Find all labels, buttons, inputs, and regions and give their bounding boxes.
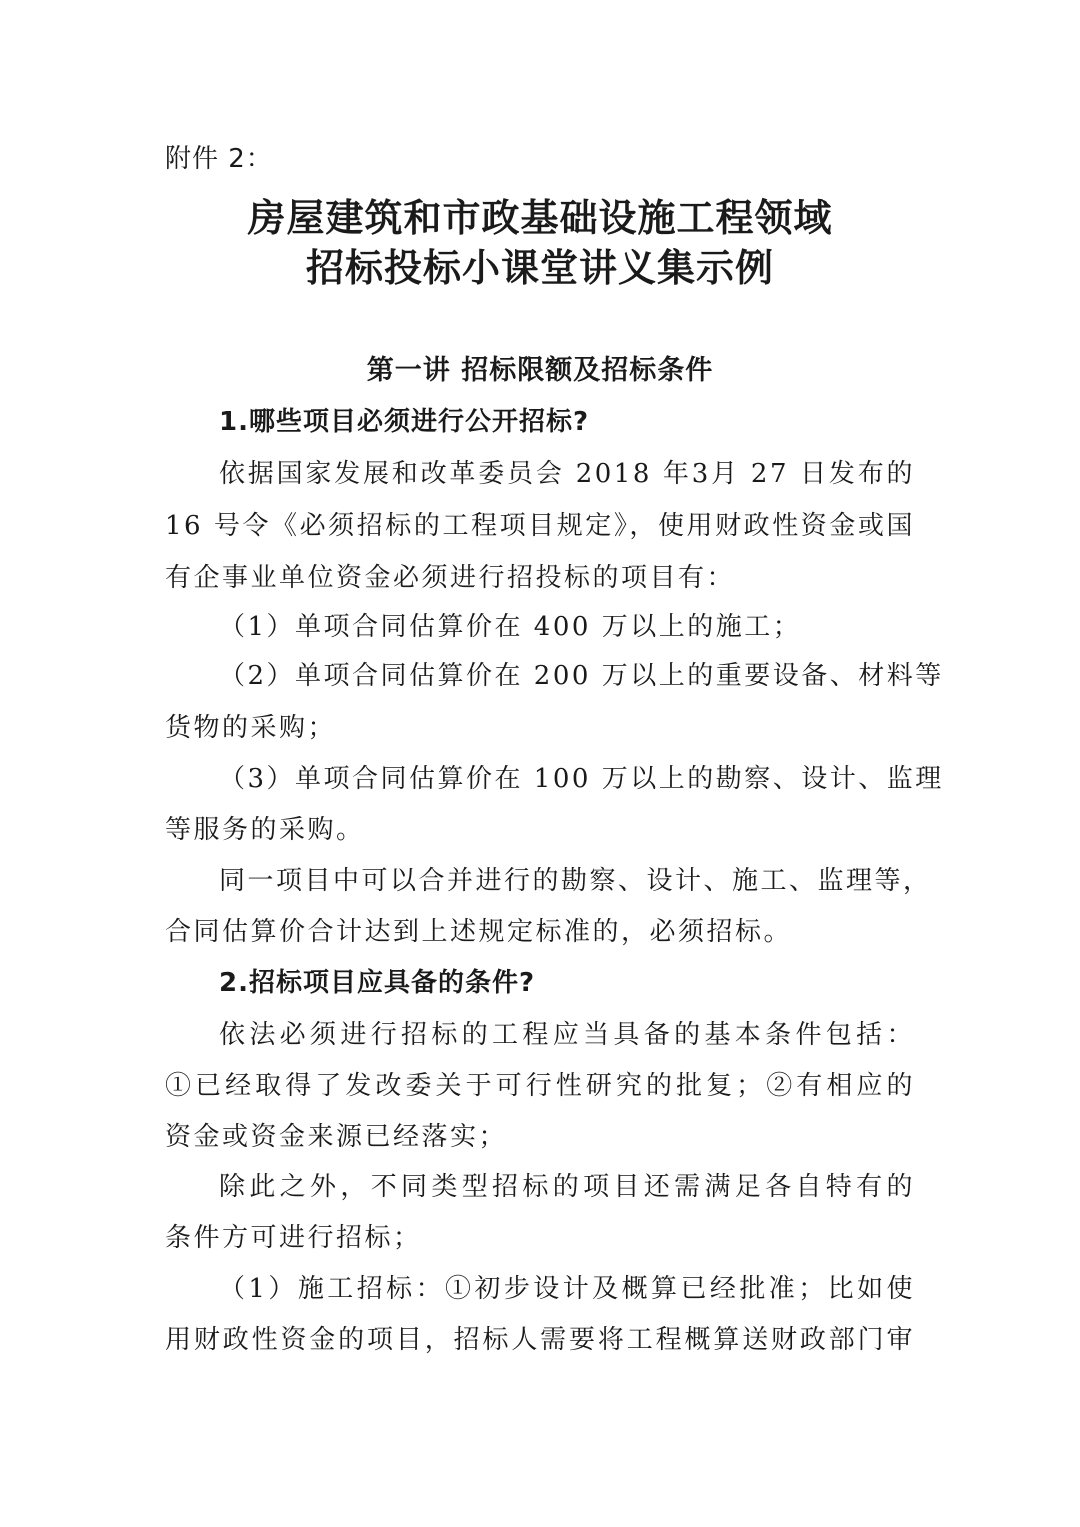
list-item-line: （2）单项合同估算价在 200 万以上的重要设备、材料等: [219, 659, 915, 693]
paragraph-line: 用财政性资金的项目，招标人需要将工程概算送财政部门审: [165, 1323, 915, 1357]
paragraph-line: 16 号令《必须招标的工程项目规定》，使用财政性资金或国: [165, 509, 915, 543]
attachment-label: 附件 2：: [165, 142, 915, 176]
section-2-heading: 2.招标项目应具备的条件?: [219, 966, 915, 1000]
list-item-line: 货物的采购；: [165, 711, 915, 745]
paragraph-line: 合同估算价合计达到上述规定标准的，必须招标。: [165, 915, 915, 949]
paragraph-line: 同一项目中可以合并进行的勘察、设计、施工、监理等，: [219, 864, 915, 898]
paragraph-line: 除此之外，不同类型招标的项目还需满足各自特有的: [219, 1170, 915, 1204]
paragraph-line: 资金或资金来源已经落实；: [165, 1120, 915, 1154]
paragraph-line: 依法必须进行招标的工程应当具备的基本条件包括：: [219, 1018, 915, 1052]
lecture-heading: 第一讲 招标限额及招标条件: [0, 354, 1080, 388]
document-page: 附件 2： 房屋建筑和市政基础设施工程领域 招标投标小课堂讲义集示例 第一讲 招…: [0, 0, 1080, 1527]
list-item-line: （1）施工招标：①初步设计及概算已经批准；比如使: [219, 1272, 915, 1306]
section-1-heading: 1.哪些项目必须进行公开招标?: [219, 405, 915, 439]
list-item-line: （1）单项合同估算价在 400 万以上的施工；: [219, 610, 915, 644]
list-item-line: 等服务的采购。: [165, 813, 915, 847]
paragraph-line: 依据国家发展和改革委员会 2018 年3月 27 日发布的: [219, 457, 915, 491]
paragraph-line: 条件方可进行招标；: [165, 1221, 915, 1255]
list-item-line: （3）单项合同估算价在 100 万以上的勘察、设计、监理: [219, 762, 915, 796]
paragraph-line: 有企事业单位资金必须进行招投标的项目有：: [165, 561, 915, 595]
document-title-line-2: 招标投标小课堂讲义集示例: [0, 244, 1080, 292]
document-title-line-1: 房屋建筑和市政基础设施工程领域: [0, 194, 1080, 242]
paragraph-line: ①已经取得了发改委关于可行性研究的批复；②有相应的: [165, 1069, 915, 1103]
